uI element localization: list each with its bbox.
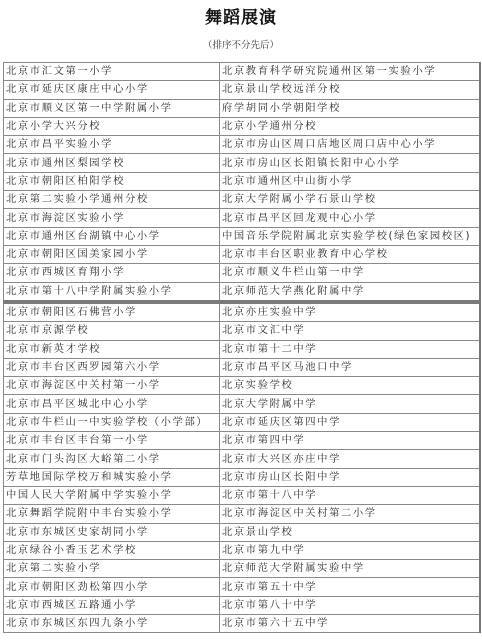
school-name-right-cell: 北京市第十八中学 bbox=[220, 486, 481, 504]
table-row: 北京市东城区史家胡同小学北京景山学校 bbox=[4, 523, 481, 541]
school-name-left-cell: 北京市丰台区丰台第一小学 bbox=[4, 432, 220, 450]
table-row: 北京市汇文第一小学北京教育科学研究院通州区第一实验小学 bbox=[4, 63, 481, 81]
school-name-right-cell: 北京市昌平区回龙观中心小学 bbox=[220, 209, 481, 227]
table-row: 北京市新英才学校北京市第十二中学 bbox=[4, 340, 481, 358]
document-subtitle: （排序不分先后） bbox=[0, 37, 482, 51]
school-name-right-cell: 北京市房山区周口店地区周口店中心小学 bbox=[220, 136, 481, 154]
school-name-left-cell: 北京第二实验小学通州分校 bbox=[4, 191, 220, 209]
school-name-left-cell: 北京市延庆区康庄中心小学 bbox=[4, 81, 220, 99]
table-row: 北京市门头沟区大峪第二小学北京市大兴区亦庄中学 bbox=[4, 450, 481, 468]
document-title: 舞蹈展演 bbox=[0, 3, 482, 28]
school-name-right-cell: 北京景山学校远洋分校 bbox=[220, 81, 481, 99]
school-name-left-cell: 北京市东城区史家胡同小学 bbox=[4, 523, 220, 541]
school-name-left-cell: 北京市海淀区中关村第一小学 bbox=[4, 377, 220, 395]
school-name-right-cell: 北京市第四中学 bbox=[220, 432, 481, 450]
table-row: 北京市西城区育翔小学北京市顺义牛栏山第一中学 bbox=[4, 264, 481, 282]
school-name-right-cell: 北京市第九中学 bbox=[220, 541, 481, 559]
school-name-left-cell: 北京市通州区梨园学校 bbox=[4, 154, 220, 172]
table-row: 北京市顺义区第一中学附属小学府学胡同小学朝阳学校 bbox=[4, 99, 481, 117]
table-row: 北京舞蹈学院附中丰台实验小学北京市海淀区中关村第二小学 bbox=[4, 505, 481, 523]
table-row: 北京市朝阳区劲松第四小学北京市第五十中学 bbox=[4, 578, 481, 596]
school-name-right-cell: 北京市第五十中学 bbox=[220, 578, 481, 596]
school-table-section-2: 北京市朝阳区石佛营小学北京亦庄实验中学北京市京源学校北京市文汇中学北京市新英才学… bbox=[3, 302, 481, 633]
table-row: 北京市通州区台湖镇中心小学中国音乐学院附属北京实验学校(绿色家园校区) bbox=[4, 227, 481, 245]
school-name-left-cell: 北京市顺义区第一中学附属小学 bbox=[4, 99, 220, 117]
table-row: 北京市海淀区中关村第一小学北京实验学校 bbox=[4, 377, 481, 395]
school-name-left-cell: 北京小学大兴分校 bbox=[4, 117, 220, 135]
school-name-right-cell: 北京师范大学附属实验中学 bbox=[220, 560, 481, 578]
school-name-right-cell: 北京市昌平区马池口中学 bbox=[220, 358, 481, 376]
school-name-left-cell: 北京市通州区台湖镇中心小学 bbox=[4, 227, 220, 245]
school-name-right-cell: 北京市顺义牛栏山第一中学 bbox=[220, 264, 481, 282]
school-name-right-cell: 北京市通州区中山街小学 bbox=[220, 172, 481, 190]
table-row: 北京市海淀区实验小学北京市昌平区回龙观中心小学 bbox=[4, 209, 481, 227]
school-name-left-cell: 北京市昌平实验小学 bbox=[4, 136, 220, 154]
school-name-right-cell: 北京市第六十五中学 bbox=[220, 615, 481, 633]
school-name-left-cell: 北京市昌平区城北中心小学 bbox=[4, 395, 220, 413]
school-name-left-cell: 中国人民大学附属中学实验小学 bbox=[4, 486, 220, 504]
school-name-right-cell: 府学胡同小学朝阳学校 bbox=[220, 99, 481, 117]
table-row: 北京小学大兴分校北京小学通州分校 bbox=[4, 117, 481, 135]
table-row: 中国人民大学附属中学实验小学北京市第十八中学 bbox=[4, 486, 481, 504]
school-name-right-cell: 北京师范大学燕化附属中学 bbox=[220, 282, 481, 301]
table-row: 北京市丰台区丰台第一小学北京市第四中学 bbox=[4, 432, 481, 450]
school-name-right-cell: 北京市丰台区职业教育中心学校 bbox=[220, 245, 481, 263]
school-name-right-cell: 北京大学附属小学石景山学校 bbox=[220, 191, 481, 209]
table-row: 北京市牛栏山一中实验学校（小学部）北京市延庆区第四中学 bbox=[4, 413, 481, 431]
table-row: 北京市第十八中学附属实验小学北京师范大学燕化附属中学 bbox=[4, 282, 481, 301]
school-name-left-cell: 北京市京源学校 bbox=[4, 322, 220, 340]
school-name-left-cell: 北京绿谷小香玉艺术学校 bbox=[4, 541, 220, 559]
table-row: 北京市朝阳区国美家园小学北京市丰台区职业教育中心学校 bbox=[4, 245, 481, 263]
table-row: 北京市丰台区西罗园第六小学北京市昌平区马池口中学 bbox=[4, 358, 481, 376]
school-name-left-cell: 北京舞蹈学院附中丰台实验小学 bbox=[4, 505, 220, 523]
school-name-left-cell: 北京市东城区东四九条小学 bbox=[4, 615, 220, 633]
school-name-left-cell: 北京市第十八中学附属实验小学 bbox=[4, 282, 220, 301]
school-name-left-cell: 芳草地国际学校万和城实验小学 bbox=[4, 468, 220, 486]
school-name-right-cell: 北京市房山区长阳镇长阳中心小学 bbox=[220, 154, 481, 172]
table-row: 北京市京源学校北京市文汇中学 bbox=[4, 322, 481, 340]
school-name-right-cell: 北京大学附属中学 bbox=[220, 395, 481, 413]
school-name-right-cell: 中国音乐学院附属北京实验学校(绿色家园校区) bbox=[220, 227, 481, 245]
table-row: 北京市延庆区康庄中心小学北京景山学校远洋分校 bbox=[4, 81, 481, 99]
table-row: 北京市昌平区城北中心小学北京大学附属中学 bbox=[4, 395, 481, 413]
school-name-right-cell: 北京实验学校 bbox=[220, 377, 481, 395]
school-name-right-cell: 北京市第十二中学 bbox=[220, 340, 481, 358]
school-name-right-cell: 北京市房山区长阳中学 bbox=[220, 468, 481, 486]
school-table-section-1: 北京市汇文第一小学北京教育科学研究院通州区第一实验小学北京市延庆区康庄中心小学北… bbox=[3, 62, 481, 302]
table-row: 北京第二实验小学通州分校北京大学附属小学石景山学校 bbox=[4, 191, 481, 209]
school-table-body: 北京市汇文第一小学北京教育科学研究院通州区第一实验小学北京市延庆区康庄中心小学北… bbox=[4, 63, 481, 301]
school-name-right-cell: 北京市海淀区中关村第二小学 bbox=[220, 505, 481, 523]
school-name-left-cell: 北京市牛栏山一中实验学校（小学部） bbox=[4, 413, 220, 431]
school-name-left-cell: 北京市朝阳区石佛营小学 bbox=[4, 303, 220, 322]
school-name-right-cell: 北京小学通州分校 bbox=[220, 117, 481, 135]
school-name-right-cell: 北京市延庆区第四中学 bbox=[220, 413, 481, 431]
school-name-right-cell: 北京教育科学研究院通州区第一实验小学 bbox=[220, 63, 481, 81]
school-name-left-cell: 北京市丰台区西罗园第六小学 bbox=[4, 358, 220, 376]
school-name-left-cell: 北京市海淀区实验小学 bbox=[4, 209, 220, 227]
school-name-left-cell: 北京市朝阳区国美家园小学 bbox=[4, 245, 220, 263]
school-name-left-cell: 北京市朝阳区柏阳学校 bbox=[4, 172, 220, 190]
school-name-right-cell: 北京市文汇中学 bbox=[220, 322, 481, 340]
table-row: 北京市昌平实验小学北京市房山区周口店地区周口店中心小学 bbox=[4, 136, 481, 154]
table-row: 芳草地国际学校万和城实验小学北京市房山区长阳中学 bbox=[4, 468, 481, 486]
school-name-left-cell: 北京市西城区五路通小学 bbox=[4, 596, 220, 614]
table-row: 北京绿谷小香玉艺术学校北京市第九中学 bbox=[4, 541, 481, 559]
school-name-left-cell: 北京市朝阳区劲松第四小学 bbox=[4, 578, 220, 596]
school-table-body: 北京市朝阳区石佛营小学北京亦庄实验中学北京市京源学校北京市文汇中学北京市新英才学… bbox=[4, 303, 481, 633]
school-name-left-cell: 北京市新英才学校 bbox=[4, 340, 220, 358]
school-name-left-cell: 北京市汇文第一小学 bbox=[4, 63, 220, 81]
table-row: 北京市朝阳区柏阳学校北京市通州区中山街小学 bbox=[4, 172, 481, 190]
school-name-right-cell: 北京市第八十中学 bbox=[220, 596, 481, 614]
school-name-left-cell: 北京市门头沟区大峪第二小学 bbox=[4, 450, 220, 468]
school-name-left-cell: 北京第二实验小学 bbox=[4, 560, 220, 578]
table-row: 北京市朝阳区石佛营小学北京亦庄实验中学 bbox=[4, 303, 481, 322]
school-name-right-cell: 北京景山学校 bbox=[220, 523, 481, 541]
table-row: 北京市东城区东四九条小学北京市第六十五中学 bbox=[4, 615, 481, 633]
school-name-right-cell: 北京市大兴区亦庄中学 bbox=[220, 450, 481, 468]
school-name-left-cell: 北京市西城区育翔小学 bbox=[4, 264, 220, 282]
table-row: 北京市通州区梨园学校北京市房山区长阳镇长阳中心小学 bbox=[4, 154, 481, 172]
table-row: 北京第二实验小学北京师范大学附属实验中学 bbox=[4, 560, 481, 578]
table-row: 北京市西城区五路通小学北京市第八十中学 bbox=[4, 596, 481, 614]
school-name-right-cell: 北京亦庄实验中学 bbox=[220, 303, 481, 322]
